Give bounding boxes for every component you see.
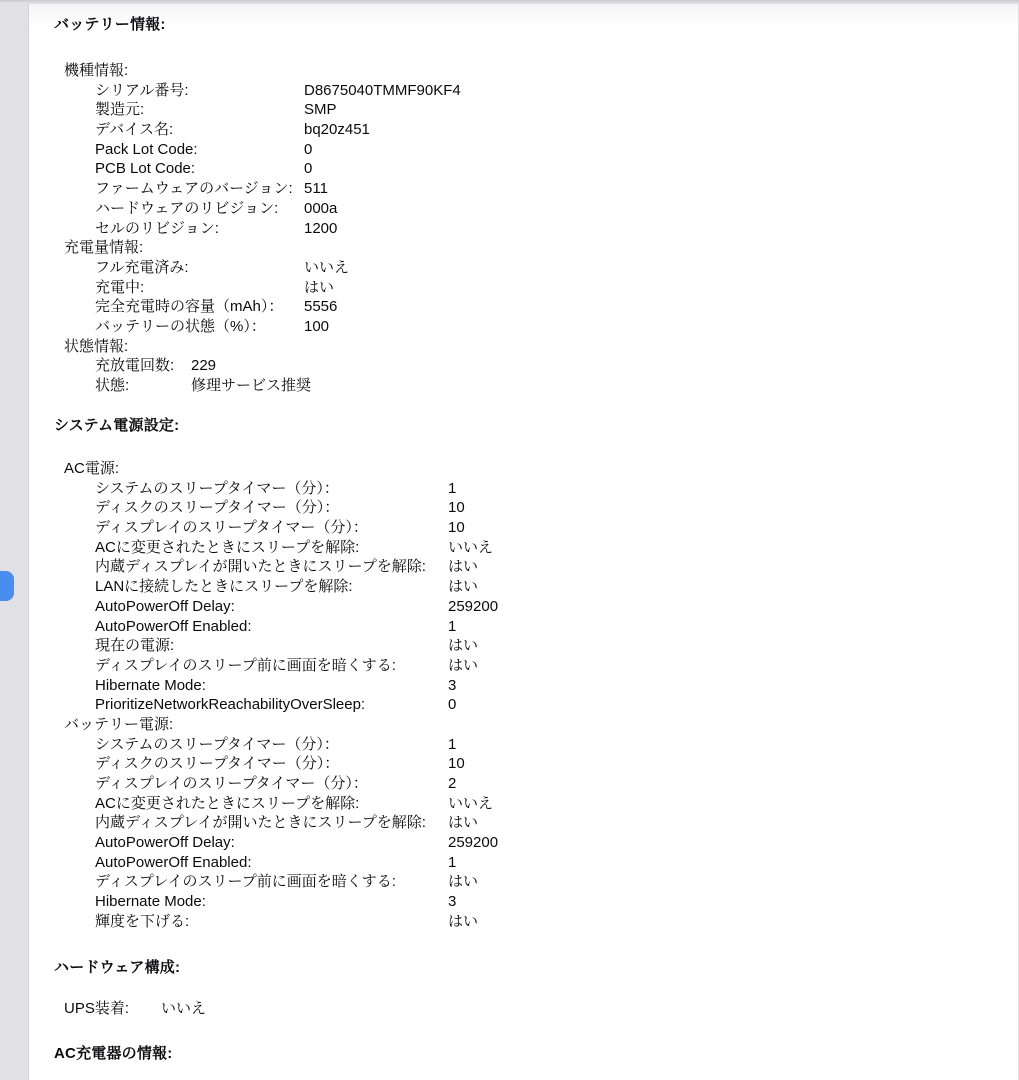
- item-row: PrioritizeNetworkReachabilityOverSleep:0: [29, 695, 1018, 715]
- item-value: D8675040TMMF90KF4: [304, 81, 461, 101]
- item-value: 1: [448, 479, 456, 499]
- item-value: 000a: [304, 199, 337, 219]
- item-row: ファームウェアのバージョン:511: [29, 179, 1018, 199]
- hardware-config-rows: UPS装着:いいえ: [29, 999, 1018, 1019]
- item-row: ACに変更されたときにスリープを解除:いいえ: [29, 538, 1018, 558]
- group-row: 充電量情報:: [29, 238, 1018, 258]
- item-label: 製造元:: [95, 100, 144, 120]
- item-value: いいえ: [448, 794, 493, 814]
- item-value: 2: [448, 774, 456, 794]
- section-header-hardware-config: ハードウェア構成:: [54, 958, 180, 978]
- item-row: LANに接続したときにスリープを解除:はい: [29, 577, 1018, 597]
- item-row: Hibernate Mode:3: [29, 676, 1018, 696]
- group-label: 機種情報:: [64, 61, 128, 81]
- item-value: 1200: [304, 219, 337, 239]
- item-label: ディスクのスリープタイマー（分）：: [95, 498, 339, 518]
- item-value: いいえ: [304, 258, 349, 278]
- item-row: 現在の電源:はい: [29, 636, 1018, 656]
- item-row: セルのリビジョン:1200: [29, 219, 1018, 239]
- item-row: 内蔵ディスプレイが開いたときにスリープを解除:はい: [29, 813, 1018, 833]
- group-row: 状態情報:: [29, 337, 1018, 357]
- item-row: 充電中:はい: [29, 278, 1018, 298]
- item-row: デバイス名:bq20z451: [29, 120, 1018, 140]
- item-value: いいえ: [448, 538, 493, 558]
- item-label: ACに変更されたときにスリープを解除:: [95, 794, 359, 814]
- item-label: ハードウェアのリビジョン:: [95, 199, 278, 219]
- item-row: バッテリーの状態（%）：100: [29, 317, 1018, 337]
- item-row: フル充電済み:いいえ: [29, 258, 1018, 278]
- item-value: はい: [448, 557, 478, 577]
- item-value: 100: [304, 317, 329, 337]
- group-label: 充電量情報:: [64, 238, 143, 258]
- selection-indicator[interactable]: [0, 571, 14, 601]
- item-value: はい: [448, 813, 478, 833]
- item-row: 内蔵ディスプレイが開いたときにスリープを解除:はい: [29, 557, 1018, 577]
- item-row: PCB Lot Code:0: [29, 159, 1018, 179]
- window-top-edge: [0, 0, 1019, 2]
- item-label: フル充電済み:: [95, 258, 189, 278]
- item-label: Pack Lot Code:: [95, 140, 198, 160]
- item-label: 現在の電源:: [95, 636, 174, 656]
- item-row: 製造元:SMP: [29, 100, 1018, 120]
- item-row: ディスプレイのスリープ前に画面を暗くする:はい: [29, 872, 1018, 892]
- item-row: AutoPowerOff Enabled:1: [29, 617, 1018, 637]
- item-label: AutoPowerOff Enabled:: [95, 853, 252, 873]
- item-row: Hibernate Mode:3: [29, 892, 1018, 912]
- item-value: 5556: [304, 297, 337, 317]
- item-label: ディスプレイのスリープタイマー（分）：: [95, 518, 368, 538]
- item-row: AutoPowerOff Enabled:1: [29, 853, 1018, 873]
- group-value: いいえ: [161, 999, 206, 1019]
- group-label: 状態情報:: [64, 337, 128, 357]
- item-value: SMP: [304, 100, 337, 120]
- item-label: ACに変更されたときにスリープを解除:: [95, 538, 359, 558]
- item-label: シリアル番号:: [95, 81, 189, 101]
- group-row: AC電源:: [29, 459, 1018, 479]
- group-label: UPS装着:: [64, 999, 129, 1019]
- item-value: はい: [448, 656, 478, 676]
- item-label: Hibernate Mode:: [95, 892, 206, 912]
- item-label: 充電中:: [95, 278, 144, 298]
- item-label: 完全充電時の容量（mAh）：: [95, 297, 283, 317]
- item-row: AutoPowerOff Delay:259200: [29, 597, 1018, 617]
- battery-info-rows: 機種情報:シリアル番号:D8675040TMMF90KF4製造元:SMPデバイス…: [29, 61, 1018, 396]
- item-row: シリアル番号:D8675040TMMF90KF4: [29, 81, 1018, 101]
- item-value: はい: [448, 912, 478, 932]
- item-label: ディスクのスリープタイマー（分）：: [95, 754, 339, 774]
- item-label: AutoPowerOff Delay:: [95, 833, 235, 853]
- item-value: 3: [448, 892, 456, 912]
- item-value: はい: [304, 278, 334, 298]
- item-row: AutoPowerOff Delay:259200: [29, 833, 1018, 853]
- item-value: bq20z451: [304, 120, 370, 140]
- item-value: はい: [448, 872, 478, 892]
- item-row: 状態:修理サービス推奨: [29, 376, 1018, 396]
- item-label: システムのスリープタイマー（分）：: [95, 735, 339, 755]
- item-value: 1: [448, 853, 456, 873]
- content-panel: バッテリー情報: 機種情報:シリアル番号:D8675040TMMF90KF4製造…: [28, 3, 1018, 1080]
- item-row: 完全充電時の容量（mAh）：5556: [29, 297, 1018, 317]
- item-label: AutoPowerOff Enabled:: [95, 617, 252, 637]
- item-value: 259200: [448, 597, 498, 617]
- group-row: 機種情報:: [29, 61, 1018, 81]
- system-power-rows: AC電源:システムのスリープタイマー（分）：1ディスクのスリープタイマー（分）：…: [29, 459, 1018, 932]
- item-value: 1: [448, 735, 456, 755]
- item-value: 0: [304, 140, 312, 160]
- item-value: 1: [448, 617, 456, 637]
- item-value: 修理サービス推奨: [191, 376, 311, 396]
- item-label: システムのスリープタイマー（分）：: [95, 479, 339, 499]
- item-row: ディスクのスリープタイマー（分）：10: [29, 754, 1018, 774]
- item-row: ハードウェアのリビジョン:000a: [29, 199, 1018, 219]
- item-label: 状態:: [95, 376, 129, 396]
- item-value: 0: [448, 695, 456, 715]
- section-header-system-power: システム電源設定:: [54, 416, 179, 436]
- item-value: 229: [191, 356, 216, 376]
- item-label: Hibernate Mode:: [95, 676, 206, 696]
- item-row: ディスプレイのスリープタイマー（分）：10: [29, 518, 1018, 538]
- item-label: 輝度を下げる:: [95, 912, 189, 932]
- item-label: ファームウェアのバージョン:: [95, 179, 293, 199]
- item-row: ディスプレイのスリープ前に画面を暗くする:はい: [29, 656, 1018, 676]
- group-row: UPS装着:いいえ: [29, 999, 1018, 1019]
- item-label: 内蔵ディスプレイが開いたときにスリープを解除:: [95, 813, 426, 833]
- item-row: Pack Lot Code:0: [29, 140, 1018, 160]
- item-row: 輝度を下げる:はい: [29, 912, 1018, 932]
- item-label: AutoPowerOff Delay:: [95, 597, 235, 617]
- item-label: ディスプレイのスリープタイマー（分）：: [95, 774, 368, 794]
- item-row: ACに変更されたときにスリープを解除:いいえ: [29, 794, 1018, 814]
- item-value: 10: [448, 518, 465, 538]
- item-value: 0: [304, 159, 312, 179]
- item-row: 充放電回数:229: [29, 356, 1018, 376]
- item-label: 内蔵ディスプレイが開いたときにスリープを解除:: [95, 557, 426, 577]
- item-row: システムのスリープタイマー（分）：1: [29, 479, 1018, 499]
- system-report-window: { "colors": { "indicator_blue": "#4A8DF0…: [0, 0, 1019, 1080]
- item-label: セルのリビジョン:: [95, 219, 219, 239]
- item-row: システムのスリープタイマー（分）：1: [29, 735, 1018, 755]
- item-label: バッテリーの状態（%）：: [95, 317, 266, 337]
- item-label: PrioritizeNetworkReachabilityOverSleep:: [95, 695, 365, 715]
- item-value: はい: [448, 577, 478, 597]
- group-row: バッテリー電源:: [29, 715, 1018, 735]
- section-header-battery-info: バッテリー情報:: [54, 15, 166, 35]
- item-value: 10: [448, 498, 465, 518]
- item-label: LANに接続したときにスリープを解除:: [95, 577, 353, 597]
- item-value: はい: [448, 636, 478, 656]
- item-label: ディスプレイのスリープ前に画面を暗くする:: [95, 872, 396, 892]
- group-label: バッテリー電源:: [64, 715, 173, 735]
- section-header-ac-charger: AC充電器の情報:: [54, 1044, 172, 1064]
- item-row: ディスクのスリープタイマー（分）：10: [29, 498, 1018, 518]
- item-value: 10: [448, 754, 465, 774]
- item-value: 259200: [448, 833, 498, 853]
- item-label: ディスプレイのスリープ前に画面を暗くする:: [95, 656, 396, 676]
- item-label: PCB Lot Code:: [95, 159, 195, 179]
- item-row: ディスプレイのスリープタイマー（分）：2: [29, 774, 1018, 794]
- group-label: AC電源:: [64, 459, 119, 479]
- item-value: 3: [448, 676, 456, 696]
- item-label: 充放電回数:: [95, 356, 174, 376]
- item-value: 511: [304, 179, 328, 199]
- item-label: デバイス名:: [95, 120, 173, 140]
